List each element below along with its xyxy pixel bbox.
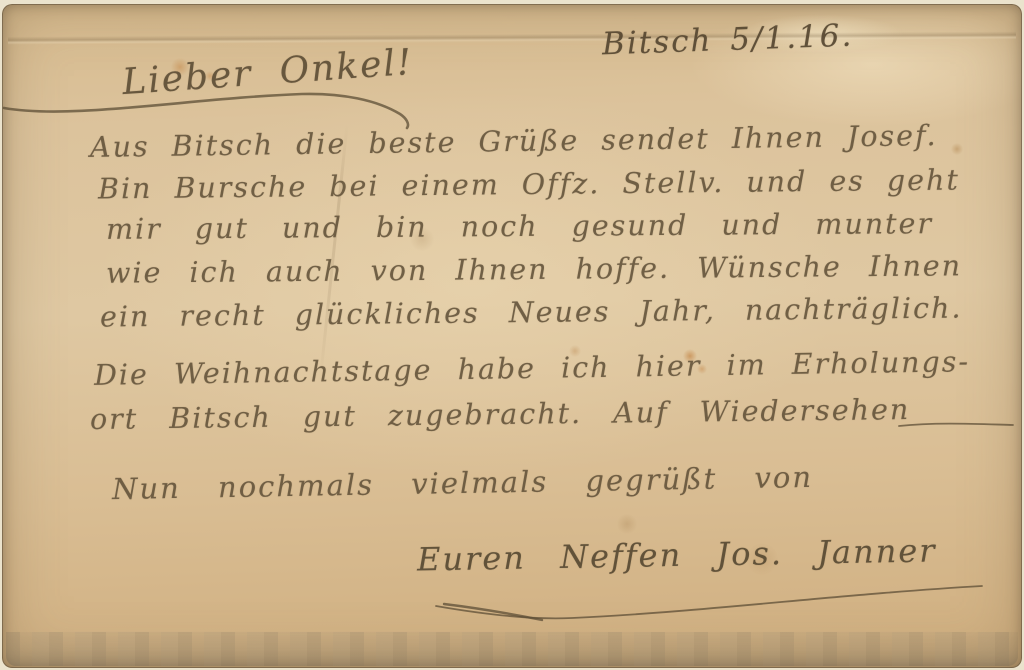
handwriting-line: ein recht glückliches Neues Jahr, nachtr… <box>100 291 963 333</box>
handwriting-line: Die Weihnachtstage habe ich hier im Erho… <box>94 345 970 392</box>
postcard-paper: Bitsch 5/1.16. Lieber Onkel! Aus Bitsch … <box>2 4 1022 668</box>
handwriting-line: Nun nochmals vielmals gegrüßt von <box>112 460 814 506</box>
handwriting-line: wie ich auch von Ihnen hoffe. Wünsche Ih… <box>106 249 962 289</box>
handwriting-line: Bin Bursche bei einem Offz. Stellv. und … <box>98 163 960 205</box>
bottom-grime-band <box>6 632 1018 666</box>
handwriting-line: mir gut und bin noch gesund und munter <box>106 207 933 246</box>
postcard-date: Bitsch 5/1.16. <box>601 18 853 63</box>
postcard-scan: Bitsch 5/1.16. Lieber Onkel! Aus Bitsch … <box>0 0 1024 670</box>
line-end-flourish <box>897 418 1017 432</box>
closing-flourish <box>422 574 1002 624</box>
closing-signature: Euren Neffen Jos. Janner <box>417 531 937 578</box>
top-crease <box>8 31 1016 44</box>
handwriting-line: ort Bitsch gut zugebracht. Auf Wiederseh… <box>90 393 911 436</box>
